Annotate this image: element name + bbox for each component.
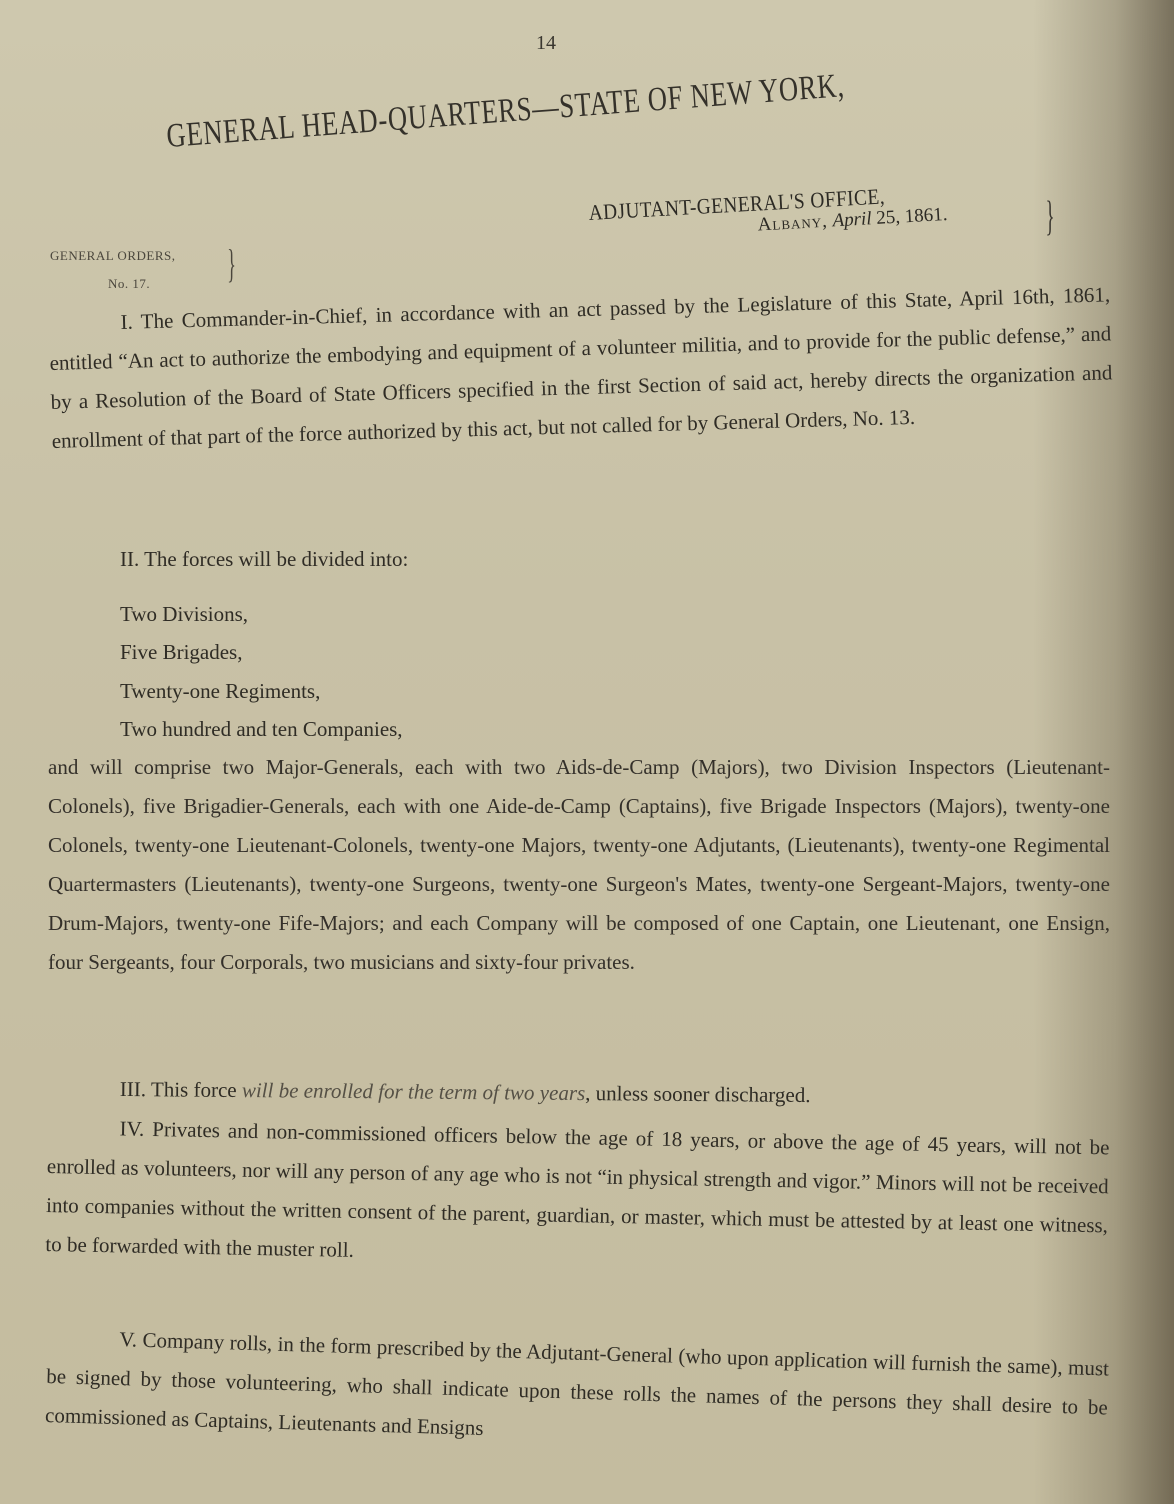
date-rest: 25, 1861.	[876, 204, 948, 229]
list-item: Twenty-one Regiments,	[120, 672, 1174, 711]
section-iii: III. This force will be enrolled for the…	[120, 1070, 1110, 1118]
left-brace-icon: }	[227, 244, 236, 284]
orders-title: GENERAL ORDERS,	[50, 248, 175, 264]
right-brace-icon: }	[1046, 196, 1055, 238]
section-ii-heading: II. The forces will be divided into:	[120, 540, 1174, 579]
document-title: GENERAL HEAD-QUARTERS—STATE OF NEW YORK,	[165, 67, 846, 156]
orders-number: No. 17.	[108, 276, 175, 292]
section-iii-suffix: , unless sooner discharged.	[585, 1081, 811, 1107]
section-ii-continuation: and will comprise two Major-Generals, ea…	[48, 748, 1110, 982]
section-v: V. Company rolls, in the form prescribed…	[45, 1318, 1110, 1466]
section-iv-text: IV. Privates and non-commissioned office…	[45, 1116, 1110, 1262]
page-number: 14	[536, 32, 556, 55]
office-block: ADJUTANT-GENERAL'S OFFICE, Albany, April…	[588, 180, 948, 246]
section-iii-prefix: III. This force	[120, 1077, 242, 1102]
section-iii-emphasis: will be enrolled for the term of two yea…	[242, 1078, 586, 1105]
list-item: Two Divisions,	[120, 595, 1174, 634]
section-iv: IV. Privates and non-commissioned office…	[45, 1108, 1110, 1284]
list-item: Two hundred and ten Companies,	[120, 710, 1174, 749]
general-orders-label: GENERAL ORDERS, No. 17.	[50, 248, 175, 292]
section-v-text: V. Company rolls, in the form prescribed…	[45, 1327, 1110, 1440]
section-i-text: I. The Commander-in-Chief, in accordance…	[49, 282, 1112, 453]
document-page: 14 GENERAL HEAD-QUARTERS—STATE OF NEW YO…	[0, 0, 1174, 1504]
list-item: Five Brigades,	[120, 633, 1174, 672]
section-i: I. The Commander-in-Chief, in accordance…	[48, 275, 1114, 461]
